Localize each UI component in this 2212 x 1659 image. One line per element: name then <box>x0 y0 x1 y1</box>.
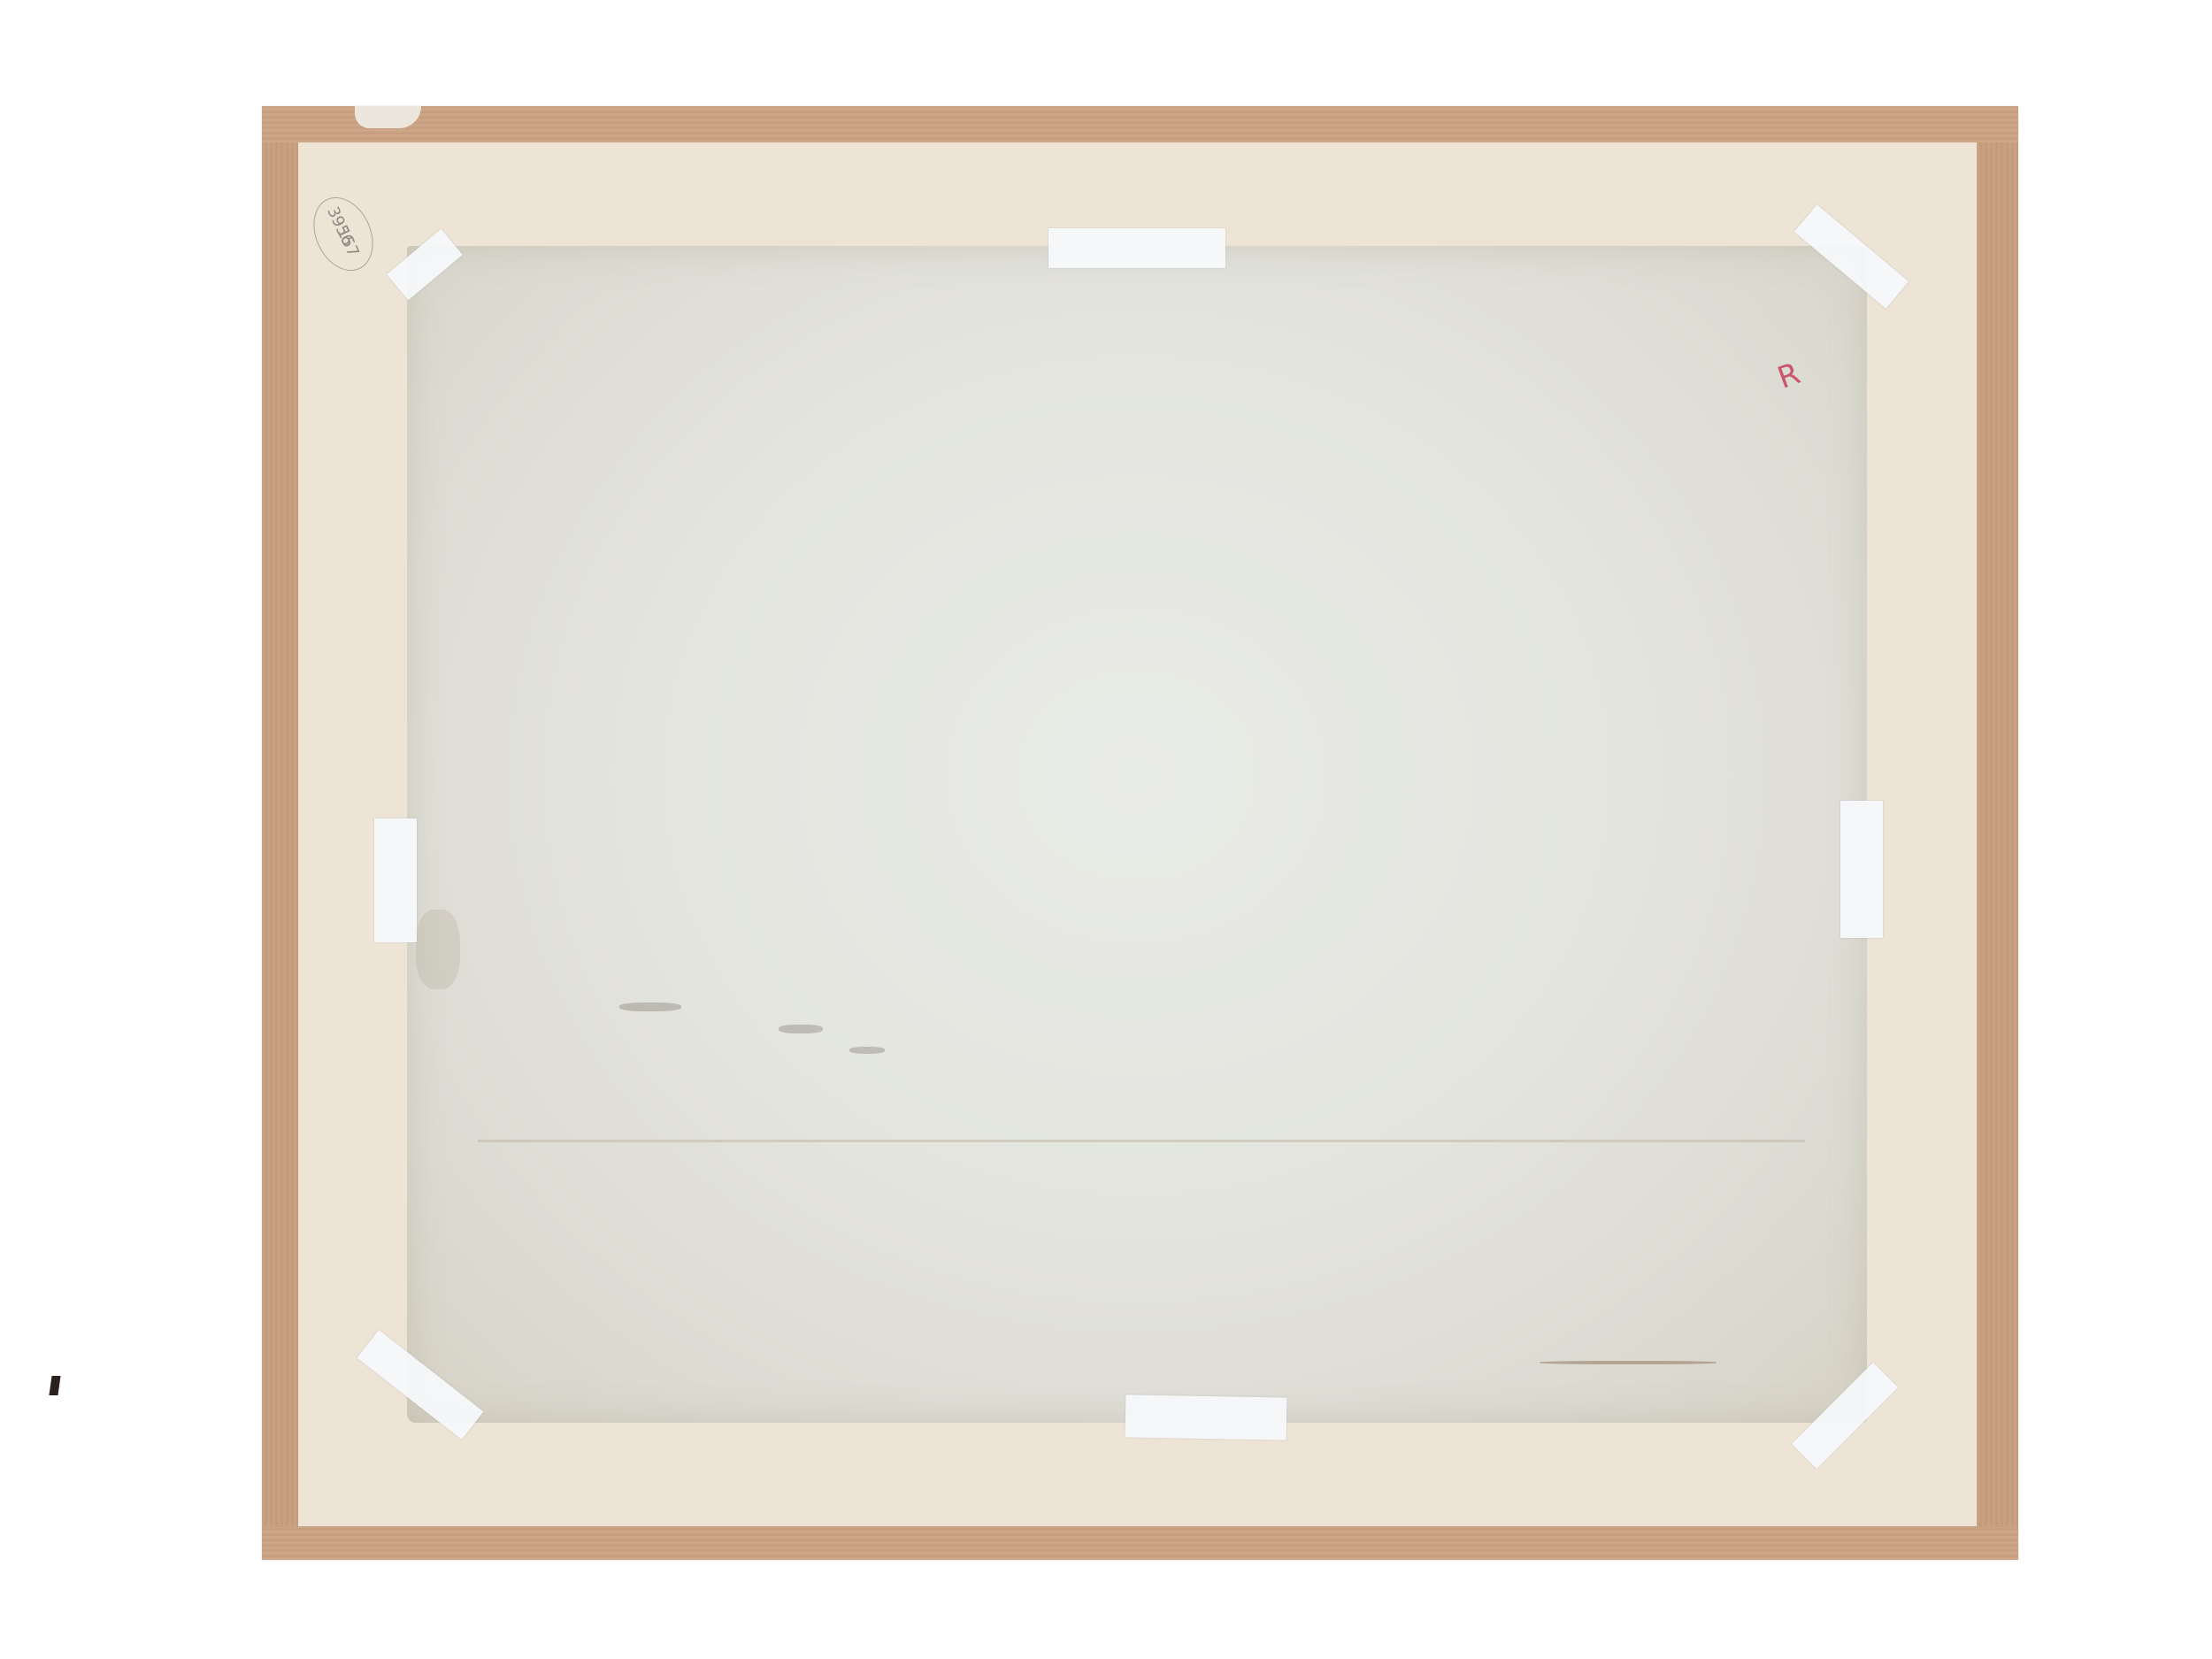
stain-mark <box>619 1002 681 1011</box>
paper-fold-line <box>478 1140 1805 1142</box>
tape-top-center <box>1048 228 1225 268</box>
stain-drip <box>1540 1361 1717 1364</box>
stain-mark <box>849 1047 885 1054</box>
tape-left-middle <box>374 818 417 942</box>
board-top-tape-strip <box>262 106 2018 142</box>
inscription-line-2: 157 <box>333 225 362 260</box>
artwork-paper-reverse <box>407 246 1867 1423</box>
stray-fragment <box>49 1376 60 1395</box>
stain-mark <box>779 1025 823 1033</box>
board-bottom-tape-strip <box>262 1527 2018 1560</box>
stain-edge <box>416 910 460 989</box>
tape-right-middle <box>1840 801 1883 938</box>
tape-bottom-center <box>1125 1394 1287 1440</box>
pencil-inscription: 3956 157 <box>303 188 385 280</box>
